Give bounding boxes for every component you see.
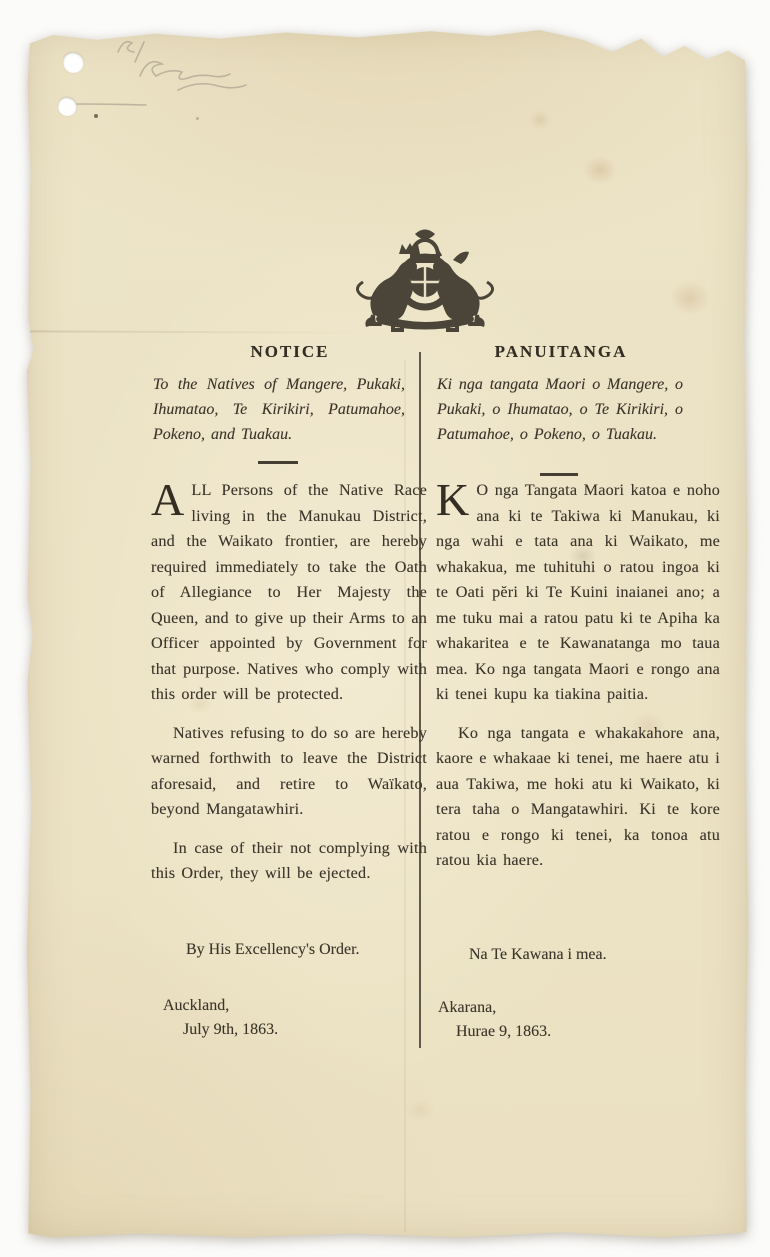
section-rule [258,461,298,464]
paragraph: KO nga Tangata Maori katoa e noho ana ki… [436,478,720,708]
panuitanga-date: Hurae 9, 1863. [456,1023,551,1041]
notice-place: Auckland, [163,997,229,1015]
paragraph: In case of their not complying with this… [151,836,427,887]
notice-date: July 9th, 1863. [183,1021,278,1039]
punch-hole [63,52,84,73]
pencil-inscription [60,24,320,119]
paragraph: Ko nga tangata e whakakahore ana, kaore … [436,721,720,874]
panuitanga-place: Akarana, [438,999,496,1017]
section-rule [540,473,578,476]
panuitanga-body: KO nga Tangata Maori katoa e noho ana ki… [436,478,720,874]
paragraph: ALL Persons of the Native Race living in… [151,478,427,708]
panuitanga-signoff: Na Te Kawana i mea. [469,946,607,964]
panuitanga-heading: PANUITANGA [436,342,686,362]
page-background: { "page": { "background": "#fbfbfa", "pa… [0,0,770,1257]
paragraph: Natives refusing to do so are hereby war… [151,721,427,823]
notice-body: ALL Persons of the Native Race living in… [151,478,427,887]
royal-coat-of-arms-icon [345,222,505,334]
notice-signoff: By His Excellency's Order. [186,941,360,959]
panuitanga-salutation: Ki nga tangata Maori o Mangere, o Pukaki… [437,372,683,447]
notice-heading: NOTICE [150,342,430,362]
notice-salutation: To the Natives of Mangere, Pukaki, Ihuma… [153,372,405,447]
